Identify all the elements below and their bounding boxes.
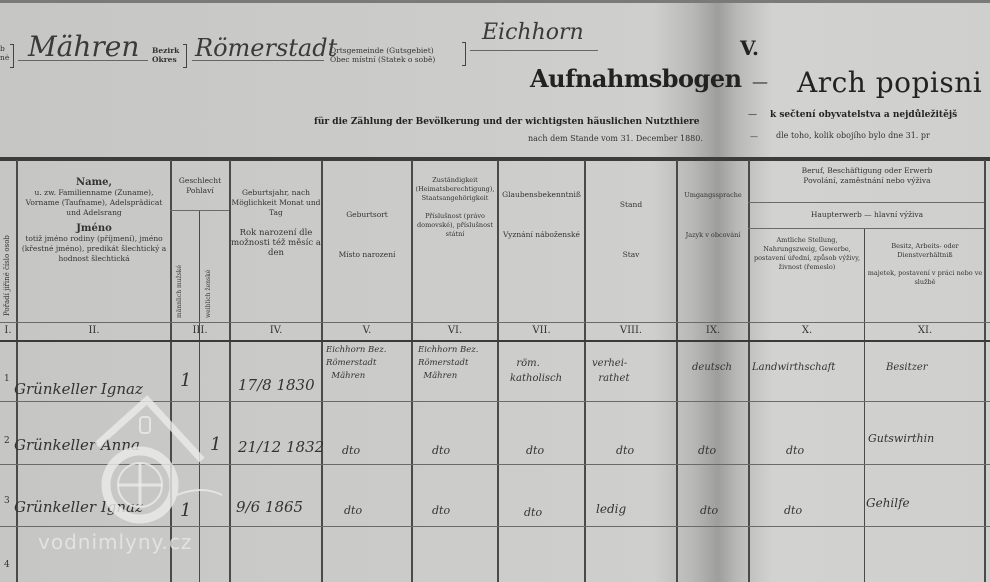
row-2-birthplace: dto (342, 444, 360, 457)
title-dash: — (752, 72, 768, 91)
ortsgemeinde-value: Eichhorn (482, 20, 584, 45)
col-number: IV. (231, 325, 321, 336)
col-IV-header: Geburtsjahr, nach Möglichkeit Monat und … (231, 188, 321, 258)
col-number: VII. (499, 325, 584, 336)
date-czech: dle toho, kolik obojího bylo dne 31. pr (776, 131, 930, 140)
watermill-house-icon (92, 395, 222, 525)
row-divider (0, 526, 990, 527)
row-3-born: 9/6 1865 (236, 498, 303, 516)
subtitle-czech: k sečtení obyvatelstva a nejdůležitějš (770, 110, 957, 120)
table-top-rule (0, 157, 990, 161)
row-divider (748, 202, 984, 203)
ortsgemeinde-label: Ortsgemeinde (Gutsgebiet)Obec místní (St… (330, 46, 435, 64)
brace (462, 42, 466, 66)
col-X-XI-header: Beruf, Beschäftigung oder ErwerbPovolání… (750, 166, 984, 186)
col-V-header: GeburtsortMísto narození (323, 210, 411, 260)
row-divider (170, 210, 229, 211)
row-number: 2 (4, 436, 10, 446)
field-line (470, 50, 598, 51)
row-2-besitz: Gutswirthin (868, 432, 934, 445)
row-3-heimat: dto (432, 504, 450, 517)
row-divider (748, 228, 984, 229)
field-line (18, 60, 148, 61)
col-VI-header: Zuständigkeit (Heimatsberechtigung), Sta… (413, 176, 497, 239)
scan-top-edge (0, 0, 990, 3)
col-III-header: GeschlechtPohlaví (171, 176, 229, 196)
col-number: X. (750, 325, 864, 336)
row-1-beruf: Landwirthschaft (752, 362, 835, 373)
row-3-stand: ledig (596, 502, 626, 516)
col-X-header: Amtliche Stellung, Nahrungszweig, Gewerb… (752, 236, 862, 272)
row-1-religion: röm.katholisch (510, 356, 562, 386)
column-divider (748, 160, 750, 582)
col-VIII-header: StandStav (586, 200, 676, 260)
row-divider (0, 322, 990, 323)
brace (10, 44, 14, 68)
bezirk-value: Römerstadt (195, 34, 337, 62)
row-2-stand: dto (616, 444, 634, 457)
land-label-partial: bnė (0, 44, 9, 62)
col-X-XI-subheader: Haupterwerb — hlavní výživa (750, 210, 984, 220)
row-2-religion: dto (526, 444, 544, 457)
bezirk-label: BezirkOkres (152, 46, 179, 64)
row-2-heimat: dto (432, 444, 450, 457)
row-1-male: 1 (180, 370, 191, 391)
col-number: VIII. (586, 325, 676, 336)
col-II-header: Name, u. zw. Familienname (Zuname), Vorn… (18, 178, 170, 264)
column-divider (864, 228, 865, 582)
col-XI-header: Besitz, Arbeits- oder Dienstverhältnißma… (866, 242, 984, 287)
row-number: 1 (4, 374, 10, 384)
row-2-beruf: dto (786, 444, 804, 457)
row-3-birthplace: dto (344, 504, 362, 517)
field-line (192, 60, 324, 61)
col-number: VI. (413, 325, 497, 336)
row-1-stand: verhei- rathet (592, 356, 630, 386)
col-VII-header: GlaubensbekenntnißVyznání náboženské (499, 190, 584, 240)
sep: — (750, 132, 758, 141)
header-bottom-rule (0, 340, 990, 342)
col-I-header: Pořadí jiřiné číslo osob (3, 235, 11, 316)
row-3-beruf: dto (784, 504, 802, 517)
form-number: V. (740, 36, 759, 60)
column-divider (984, 160, 986, 582)
land-value: Mähren (28, 30, 139, 63)
row-number: 3 (4, 496, 10, 506)
sep: — (748, 110, 757, 120)
row-3-religion: dto (524, 506, 542, 519)
subtitle-german: für die Zählung der Bevölkerung und der … (314, 117, 700, 127)
col-IX-header: UmgangsspracheJazyk v obcování (678, 190, 748, 240)
row-1-birthplace: Eichhorn Bez.Römerstadt Mähren (326, 344, 386, 383)
watermark-text: vodnimlyny.cz (38, 530, 192, 554)
row-2-born: 21/12 1832 (238, 438, 324, 456)
row-1-heimat: Eichhorn Bez.Römerstadt Mähren (418, 344, 478, 383)
col-number: III. (171, 325, 229, 336)
col-III-female: weiblich ženské (205, 270, 212, 318)
row-3-besitz: Gehilfe (866, 496, 910, 510)
col-number: I. (0, 325, 16, 336)
row-1-besitz: Besitzer (886, 362, 928, 373)
row-number: 4 (4, 560, 10, 570)
row-3-sprache: dto (700, 504, 718, 517)
brace (183, 44, 187, 68)
title-german: Aufnahmsbogen (530, 64, 742, 93)
row-1-born: 17/8 1830 (238, 376, 315, 394)
col-number: IX. (678, 325, 748, 336)
row-1-sprache: deutsch (692, 362, 732, 373)
col-number: V. (323, 325, 411, 336)
col-number: XI. (866, 325, 984, 336)
row-2-sprache: dto (698, 444, 716, 457)
census-sheet: bnė Mähren BezirkOkres Römerstadt Ortsge… (0, 0, 990, 582)
col-number: II. (18, 325, 170, 336)
col-III-male: männlich mužské (176, 265, 183, 318)
title-czech: Arch popisni (797, 66, 982, 99)
date-german: nach dem Stande vom 31. December 1880. (528, 134, 703, 143)
